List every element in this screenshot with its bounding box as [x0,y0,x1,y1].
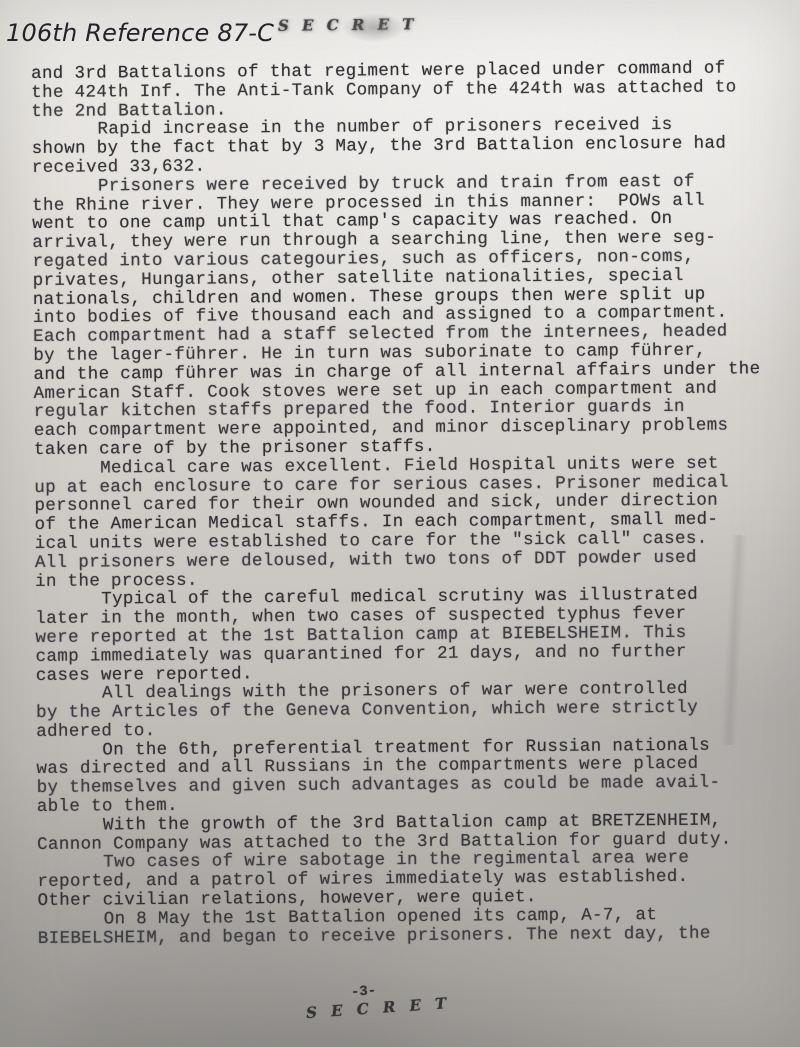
document-line: BIEBELSHEIM, and began to receive prison… [38,924,794,949]
secret-stamp-top: S E C R E T [278,15,418,34]
scanned-document-page: 106th Reference 87-C S E C R E T and 3rd… [0,0,800,1047]
document-body: and 3rd Battalions of that regiment were… [31,59,794,948]
reference-label: 106th Reference 87-C [6,19,274,47]
secret-stamp-bottom: S E C R E T [306,994,452,1022]
page-number: -3- [350,983,376,1001]
